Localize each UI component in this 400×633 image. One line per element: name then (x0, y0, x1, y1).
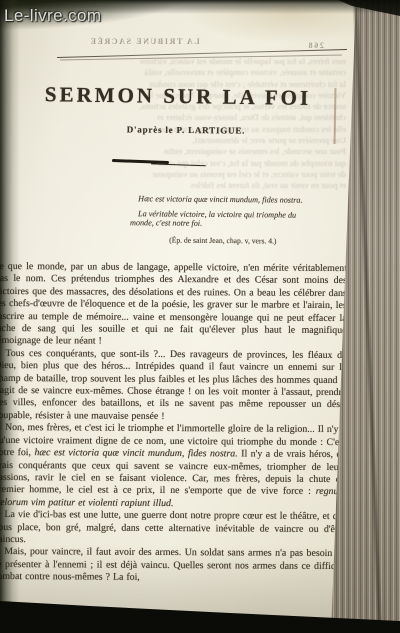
body-paragraph: Non, mes frères, et c'est ici le triomph… (0, 422, 346, 511)
left-edge-shadow (0, 0, 22, 633)
body-paragraph: ce que le monde, par un abus de langage,… (0, 261, 347, 350)
epigraph-latin: Hæc est victoria quæ vincit mundum, fide… (130, 194, 316, 205)
book-photo: mes frères, la foi par laquelle le monde… (0, 0, 400, 633)
seller-watermark-logo: Le-livre.com (4, 6, 101, 26)
body-paragraph: Tous ces conquérants, que sont-ils ?... … (0, 348, 346, 425)
epigraph-french: La véritable victoire, la victoire qui t… (130, 209, 316, 230)
body-paragraph: La vie d'ici-bas est une lutte, une guer… (0, 509, 345, 548)
page-subtitle: D'après le P. LARTIGUE. (0, 123, 372, 137)
body-paragraph: Mais, pour vaincre, il faut avoir des ar… (0, 546, 345, 585)
epigraph-citation: (Ép. de saint Jean, chap. v, vers. 4.) (130, 235, 316, 246)
ink-strike-mark (112, 159, 169, 164)
epigraph: Hæc est victoria quæ vincit mundum, fide… (130, 194, 316, 245)
body-text: ce que le monde, par un abus de langage,… (0, 261, 347, 586)
